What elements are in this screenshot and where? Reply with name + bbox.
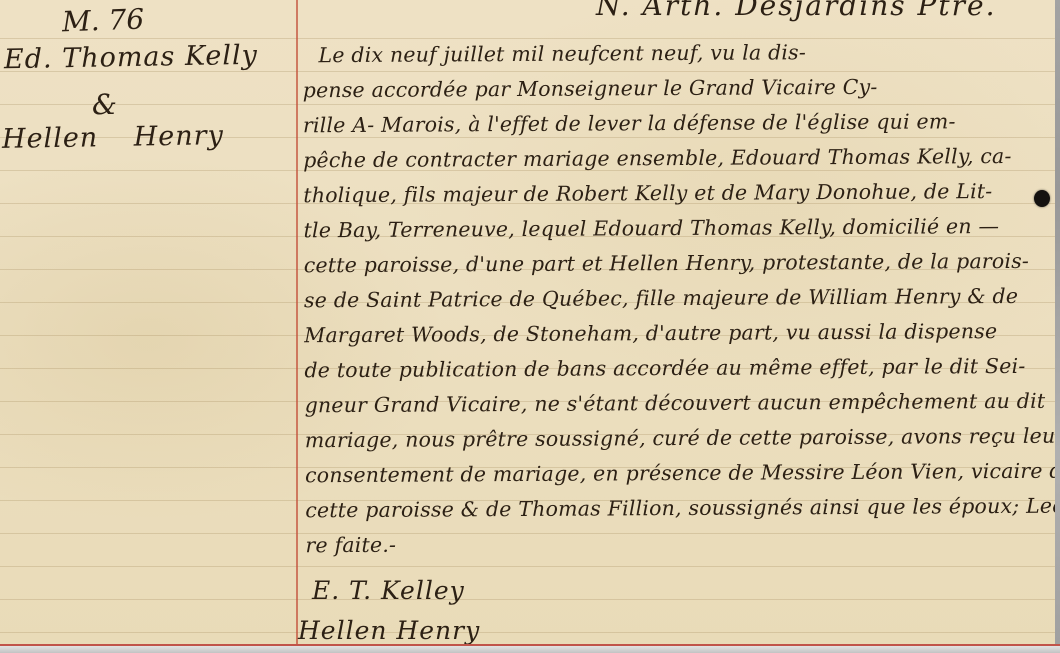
body-line: se de Saint Patrice de Québec, fille maj… <box>304 279 1054 319</box>
body-line: pêche de contracter mariage ensemble, Ed… <box>303 139 1053 179</box>
body-line: cette paroisse & de Thomas Fillion, sous… <box>305 489 1055 529</box>
body-line: tholique, fils majeur de Robert Kelly et… <box>303 174 1053 214</box>
bottom-page-edge <box>0 646 1060 653</box>
body-line: consentement de mariage, en présence de … <box>305 454 1055 494</box>
margin-groom-name: Ed. Thomas Kelly <box>4 40 258 75</box>
red-margin-line <box>296 0 298 646</box>
body-line: pense accordée par Monseigneur le Grand … <box>303 69 1053 109</box>
ink-dot <box>1034 190 1050 207</box>
body-line: re faite.- <box>305 524 1055 564</box>
body-line: rille A- Marois, à l'effet de lever la d… <box>303 104 1053 144</box>
margin-bride-name: Hellen Henry <box>2 120 224 155</box>
record-number: M. 76 <box>61 3 144 39</box>
right-page-edge <box>1055 0 1060 646</box>
record-body: Le dix neuf juillet mil neufcent neuf, v… <box>302 34 1055 564</box>
previous-record-signature: N. Arth. Desjardins Ptre. <box>596 0 996 22</box>
body-line: tle Bay, Terreneuve, lequel Edouard Thom… <box>303 209 1053 249</box>
body-line: Margaret Woods, de Stoneham, d'autre par… <box>304 314 1054 354</box>
body-line: cette paroisse, d'une part et Hellen Hen… <box>304 244 1054 284</box>
margin-ampersand: & <box>92 88 117 121</box>
body-line: de toute publication de bans accordée au… <box>304 349 1054 389</box>
body-line: gneur Grand Vicaire, ne s'étant découver… <box>305 384 1055 424</box>
groom-signature: E. T. Kelley <box>312 576 465 605</box>
body-line: Le dix neuf juillet mil neufcent neuf, v… <box>302 34 1052 74</box>
register-page-scan: M. 76 Ed. Thomas Kelly & Hellen Henry N.… <box>0 0 1060 653</box>
bride-signature: Hellen Henry <box>298 616 480 645</box>
body-line: mariage, nous prêtre soussigné, curé de … <box>305 419 1055 459</box>
